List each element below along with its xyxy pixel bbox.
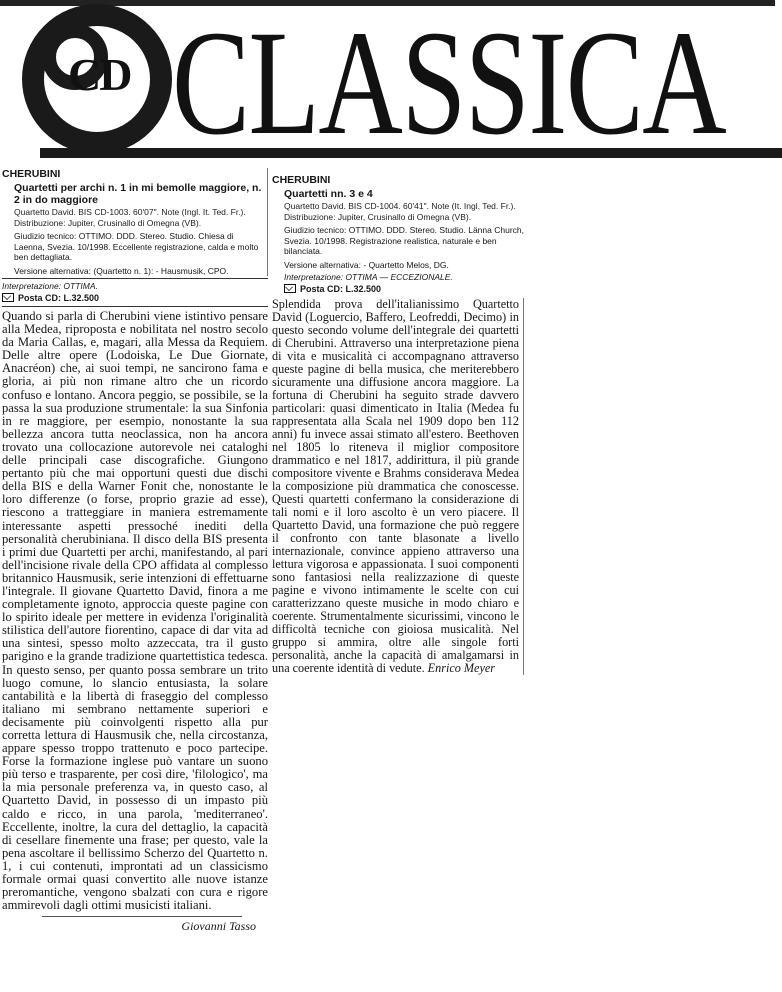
alternative-version: Versione alternativa: - Quartetto Melos,… bbox=[284, 260, 524, 271]
review-body: Quando si parla di Cherubini viene istin… bbox=[2, 310, 268, 912]
right-review-body-wrap: Splendida prova dell'italianissimo Quart… bbox=[272, 298, 524, 675]
price-line: Posta CD: L.32.500 bbox=[2, 292, 268, 304]
album-info: Quartetto David. BIS CD-1003. 60'07". No… bbox=[14, 207, 263, 228]
envelope-icon bbox=[284, 284, 296, 293]
review-body: Splendida prova dell'italianissimo Quart… bbox=[272, 298, 519, 675]
right-review: CHERUBINI Quartetti nn. 3 e 4 Quartetto … bbox=[272, 174, 524, 675]
left-review-header: CHERUBINI Quartetti per archi n. 1 in mi… bbox=[2, 168, 268, 276]
album-title: Quartetti per archi n. 1 in mi bemolle m… bbox=[14, 182, 263, 206]
interpretation-rating: Interpretazione: OTTIMA — ECCEZIONALE. bbox=[284, 272, 524, 283]
price-text: Posta CD: L.32.500 bbox=[300, 284, 381, 294]
signature-rule bbox=[42, 916, 242, 917]
cd-logo-text: CD bbox=[68, 48, 130, 101]
magazine-title: CLASSICA bbox=[172, 8, 725, 158]
price-text: Posta CD: L.32.500 bbox=[18, 293, 99, 303]
review-author: Enrico Meyer bbox=[428, 661, 495, 675]
review-author: Giovanni Tasso bbox=[2, 919, 268, 934]
album-info: Quartetto David. BIS CD-1004. 60'41". No… bbox=[284, 201, 524, 222]
left-review: CHERUBINI Quartetti per archi n. 1 in mi… bbox=[2, 168, 268, 934]
composer-name: CHERUBINI bbox=[272, 174, 524, 186]
composer-name: CHERUBINI bbox=[2, 168, 263, 180]
right-review-header: CHERUBINI Quartetti nn. 3 e 4 Quartetto … bbox=[272, 174, 524, 295]
technical-rating: Giudizio tecnico: OTTIMO. DDD. Stereo. S… bbox=[284, 225, 524, 257]
album-title: Quartetti nn. 3 e 4 bbox=[284, 188, 524, 200]
review-body-text: Splendida prova dell'italianissimo Quart… bbox=[272, 297, 519, 675]
masthead: CD CLASSICA bbox=[0, 0, 782, 158]
divider bbox=[2, 278, 268, 279]
alternative-version: Versione alternativa: (Quartetto n. 1): … bbox=[14, 266, 263, 277]
masthead-bottom-rule bbox=[40, 148, 782, 158]
technical-rating: Giudizio tecnico: OTTIMO. DDD. Stereo. S… bbox=[14, 231, 263, 263]
envelope-icon bbox=[2, 293, 14, 302]
interpretation-rating: Interpretazione: OTTIMA. bbox=[2, 281, 268, 292]
divider bbox=[2, 306, 268, 307]
price-line: Posta CD: L.32.500 bbox=[284, 283, 524, 295]
